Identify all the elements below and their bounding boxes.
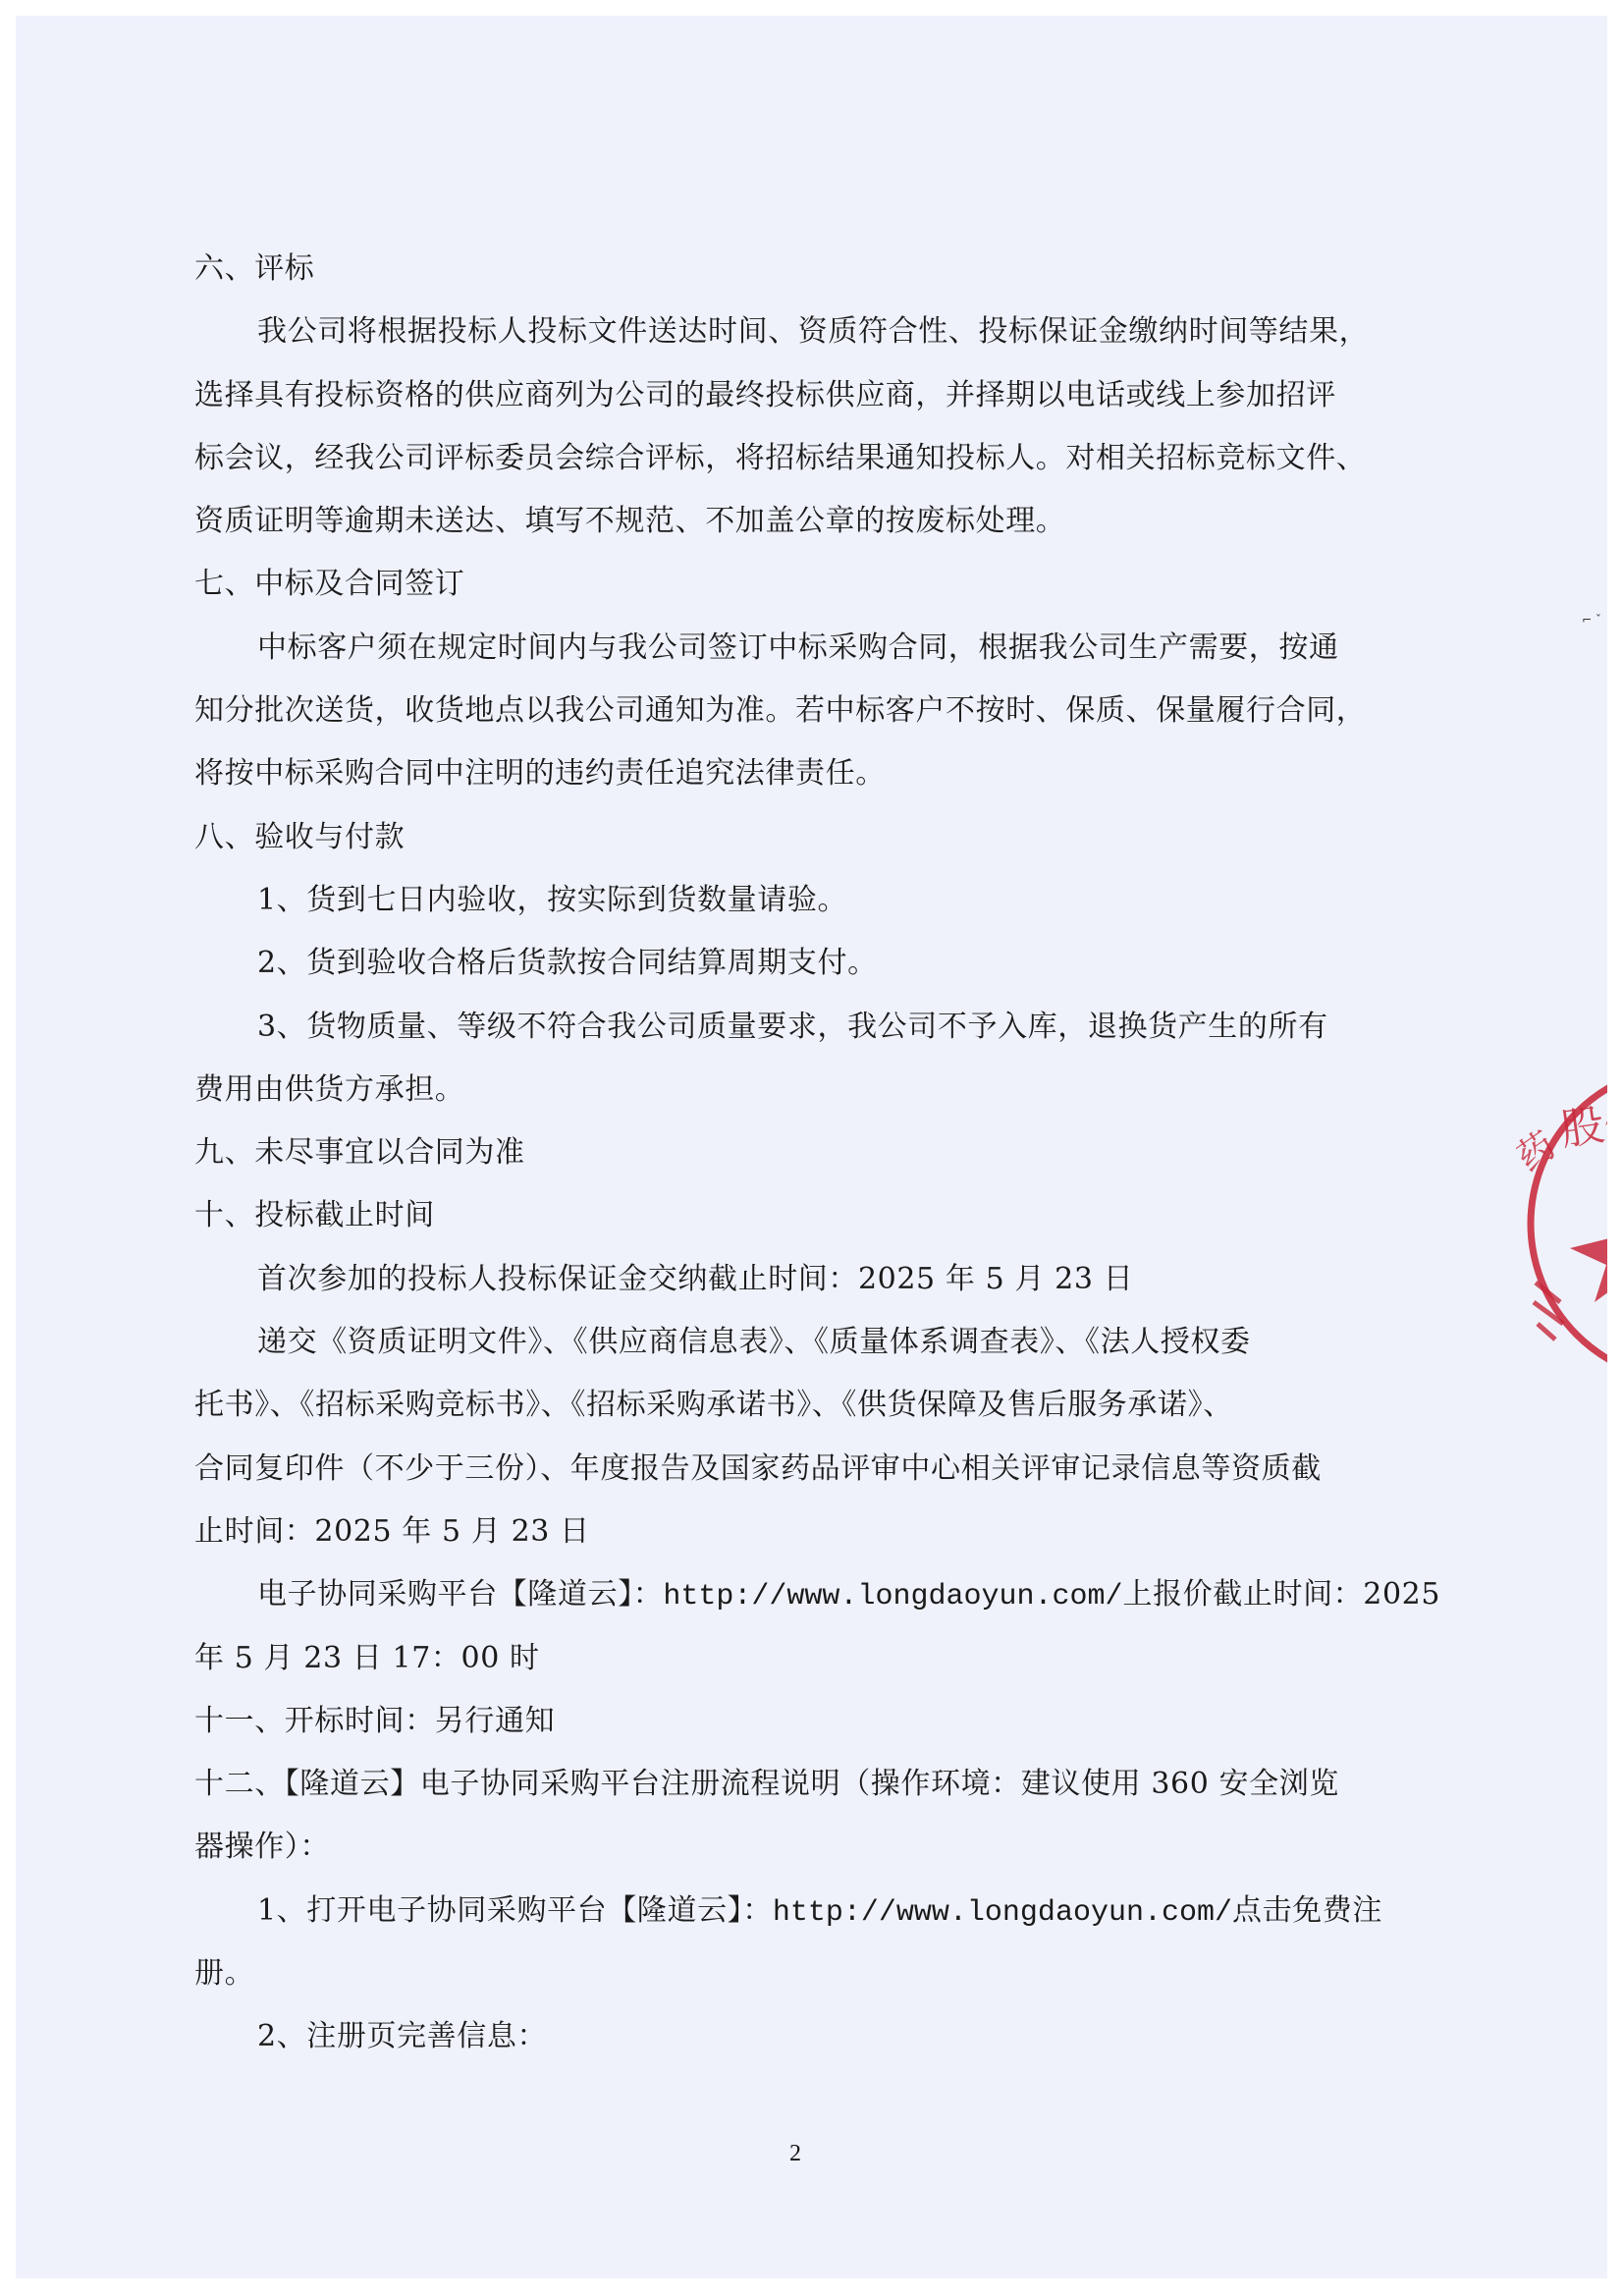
seal-text: 股份 xyxy=(1557,1094,1607,1156)
paragraph-line: 合同复印件（不少于三份）、年度报告及国家药品评审中心相关评审记录信息等资质截 xyxy=(194,1438,1434,1501)
list-item: 2、货到验收合格后货款按合同结算周期支付。 xyxy=(194,932,1434,995)
paragraph-line: 将按中标采购合同中注明的违约责任追究法律责任。 xyxy=(194,742,1434,805)
company-seal-icon: 股份 药 xyxy=(1516,1057,1607,1391)
registration-url-link[interactable]: http://www.longdaoyun.com/ xyxy=(773,1896,1232,1930)
paragraph-line: 托书》、《招标采购竞标书》、《招标采购承诺书》、《供货保障及售后服务承诺》、 xyxy=(194,1374,1434,1437)
paragraph-line: 选择具有投标资格的供应商列为公司的最终投标供应商，并择期以电话或线上参加招评 xyxy=(194,364,1434,427)
section-heading-award-contract: 七、中标及合同签订 xyxy=(194,553,1434,616)
list-item-continuation: 费用由供货方承担。 xyxy=(194,1059,1434,1121)
paragraph-line: 递交《资质证明文件》、《供应商信息表》、《质量体系调查表》、《法人授权委 xyxy=(194,1311,1434,1374)
document-page: 六、评标 我公司将根据投标人投标文件送达时间、资质符合性、投标保证金缴纳时间等结… xyxy=(16,16,1607,2278)
quote-deadline-label: 上报价截止时间：2025 xyxy=(1122,1577,1440,1612)
paragraph-line: 中标客户须在规定时间内与我公司签订中标采购合同，根据我公司生产需要，按通 xyxy=(194,617,1434,680)
paragraph-line: 我公司将根据投标人投标文件送达时间、资质符合性、投标保证金缴纳时间等结果， xyxy=(194,301,1434,363)
paragraph-line: 标会议，经我公司评标委员会综合评标，将招标结果通知投标人。对相关招标竞标文件、 xyxy=(194,427,1434,490)
step1-label: 1、打开电子协同采购平台【隆道云】： xyxy=(257,1893,773,1928)
section-heading-bid-deadline: 十、投标截止时间 xyxy=(194,1184,1434,1247)
paragraph-line: 止时间：2025 年 5 月 23 日 xyxy=(194,1501,1434,1563)
paragraph-line: 资质证明等逾期未送达、填写不规范、不加盖公章的按废标处理。 xyxy=(194,490,1434,553)
platform-label: 电子协同采购平台【隆道云】： xyxy=(257,1577,663,1612)
platform-url-link[interactable]: http://www.longdaoyun.com/ xyxy=(663,1580,1122,1613)
list-item: 3、货物质量、等级不符合我公司质量要求，我公司不予入库，退换货产生的所有 xyxy=(194,996,1434,1059)
section-heading-evaluation: 六、评标 xyxy=(194,238,1434,301)
quote-deadline-continuation: 年 5 月 23 日 17：00 时 xyxy=(194,1627,1434,1690)
svg-text:药: 药 xyxy=(1516,1123,1563,1180)
platform-quote-deadline: 电子协同采购平台【隆道云】：http://www.longdaoyun.com/… xyxy=(194,1563,1434,1626)
registration-step-2: 2、注册页完善信息： xyxy=(194,2005,1434,2068)
page-number: 2 xyxy=(789,2141,801,2167)
registration-step-1: 1、打开电子协同采购平台【隆道云】：http://www.longdaoyun.… xyxy=(194,1880,1434,1942)
document-body: 六、评标 我公司将根据投标人投标文件送达时间、资质符合性、投标保证金缴纳时间等结… xyxy=(194,238,1434,2069)
section-heading-registration: 十二、【隆道云】电子协同采购平台注册流程说明（操作环境：建议使用 360 安全浏… xyxy=(194,1753,1434,1816)
step1-action: 点击免费注 xyxy=(1232,1893,1382,1928)
list-item: 1、货到七日内验收，按实际到货数量请验。 xyxy=(194,869,1434,932)
deposit-deadline: 首次参加的投标人投标保证金交纳截止时间：2025 年 5 月 23 日 xyxy=(194,1248,1434,1311)
paragraph-line: 知分批次送货，收货地点以我公司通知为准。若中标客户不按时、保质、保量履行合同， xyxy=(194,680,1434,742)
section-heading-bid-opening: 十一、开标时间：另行通知 xyxy=(194,1690,1434,1753)
section-heading-other-matters: 九、未尽事宜以合同为准 xyxy=(194,1121,1434,1184)
section-heading-acceptance-payment: 八、验收与付款 xyxy=(194,806,1434,869)
scan-mark: ⌐ ˇ xyxy=(1582,613,1601,627)
registration-step-1-continuation: 册。 xyxy=(194,1942,1434,2005)
section-heading-registration-continuation: 器操作）： xyxy=(194,1816,1434,1879)
